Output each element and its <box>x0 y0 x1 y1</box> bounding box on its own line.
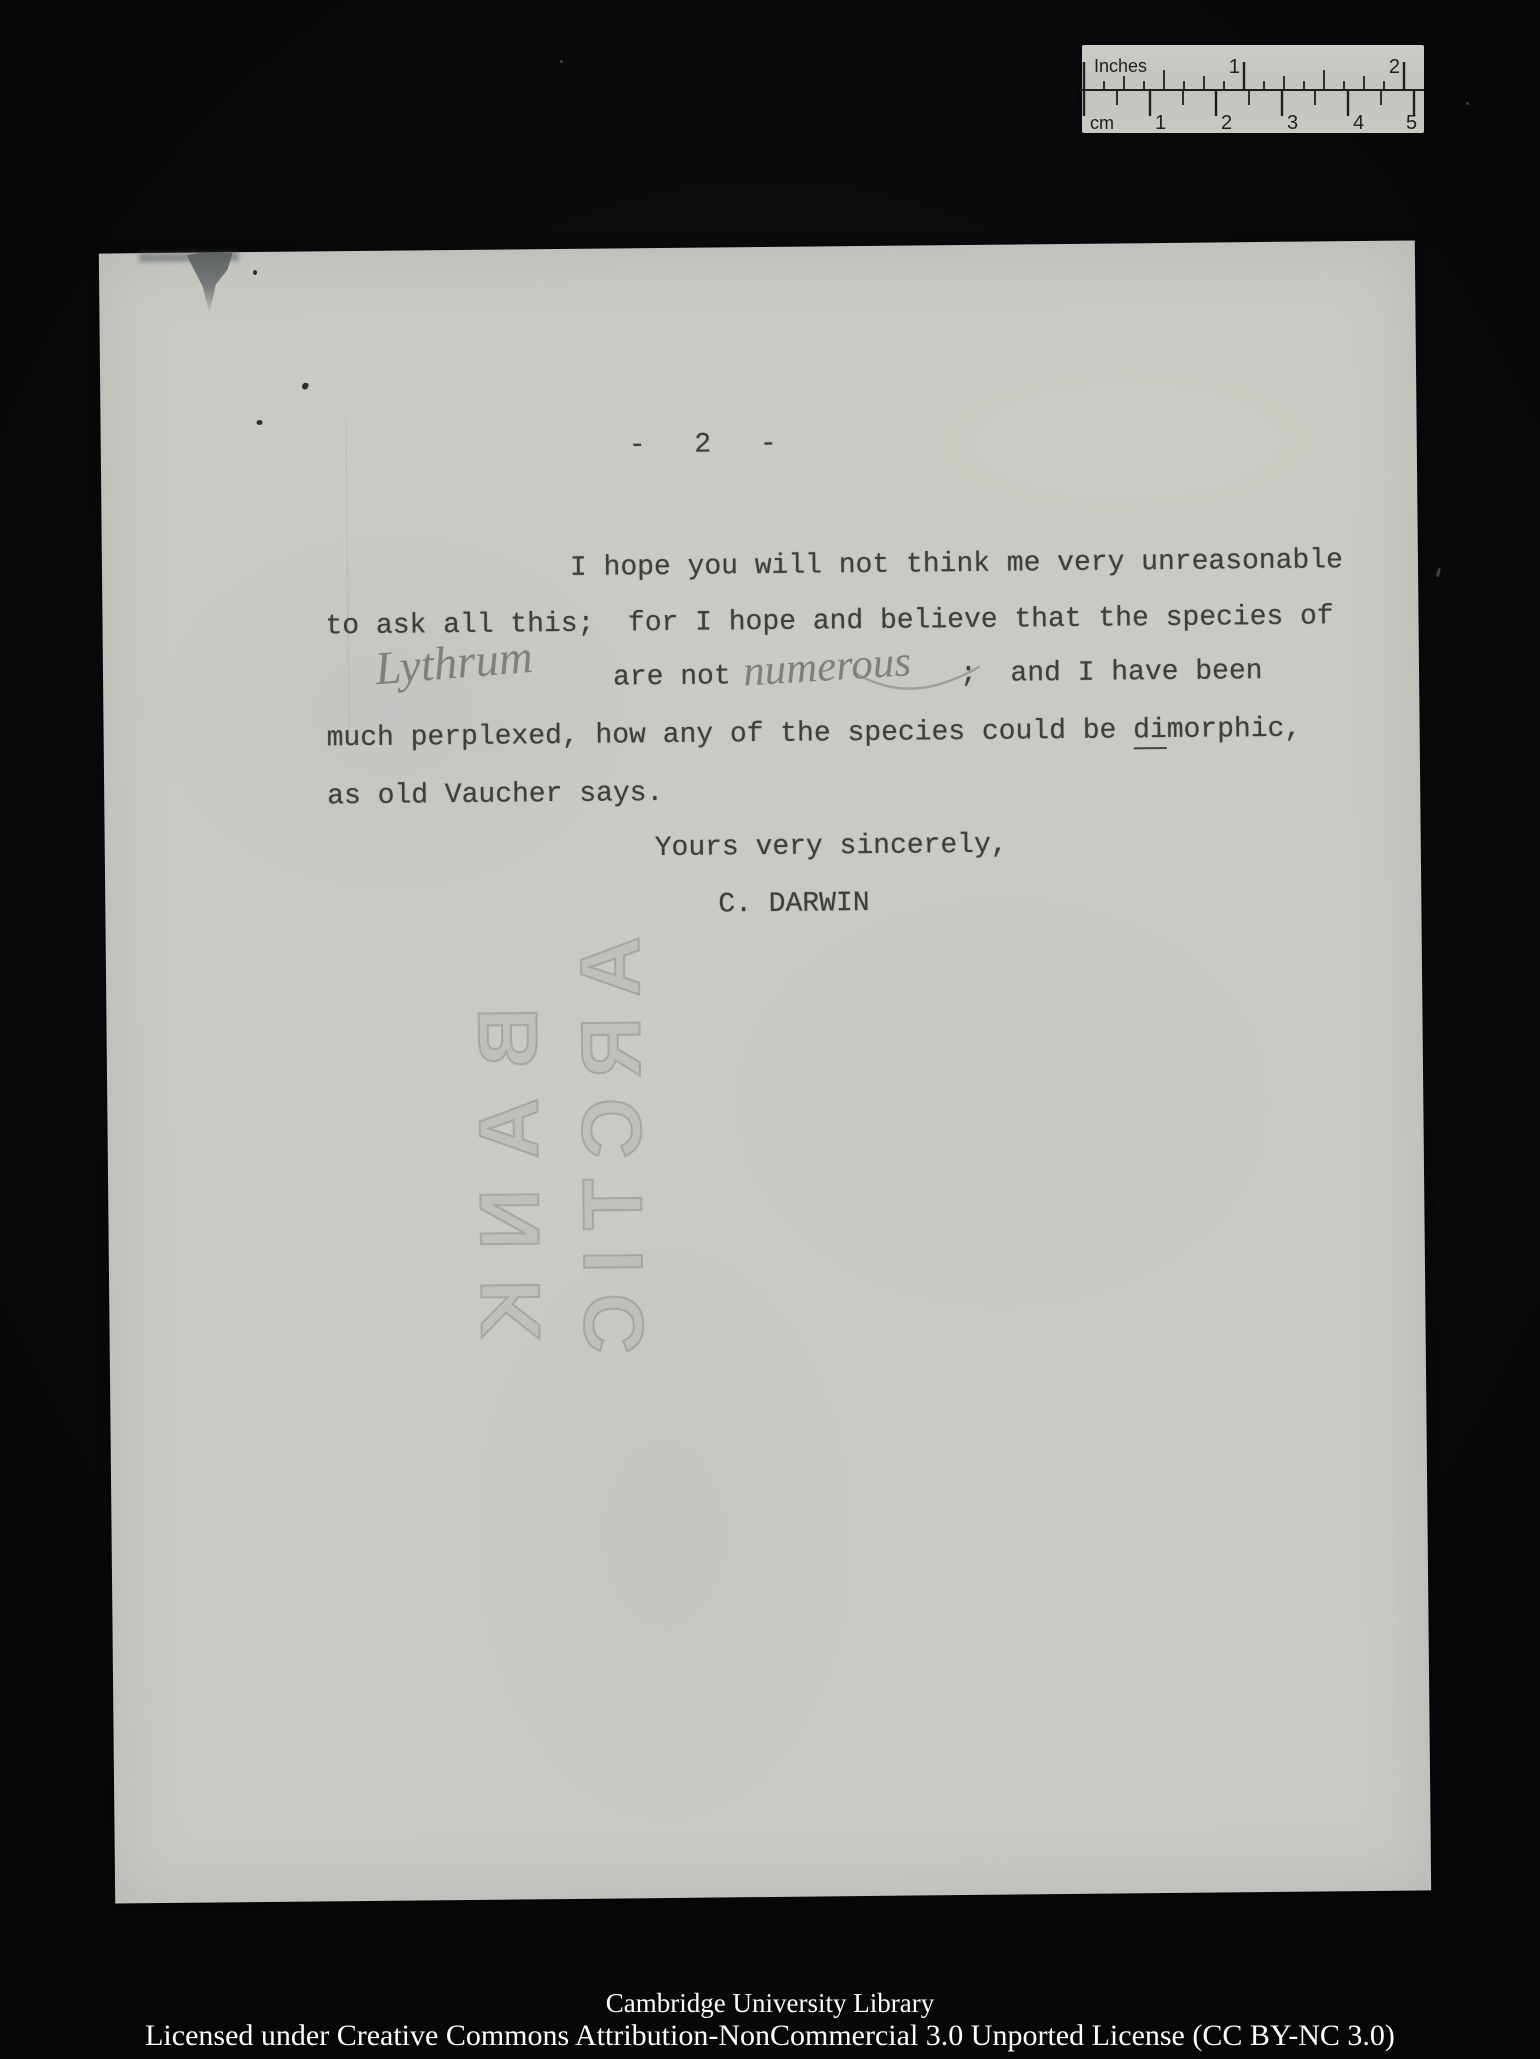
cm-number-4: 4 <box>1353 112 1364 133</box>
cm-number-2: 2 <box>1221 112 1232 133</box>
scale-bar-svg: Inches cm 1 2 1 2 3 4 5 <box>1082 45 1424 133</box>
scale-bar-cm-label: cm <box>1090 113 1114 133</box>
scale-bar: Inches cm 1 2 1 2 3 4 5 <box>1082 45 1424 133</box>
watermark-arctic: ARCTIC <box>562 936 663 1374</box>
inch-number-1: 1 <box>1229 56 1240 78</box>
cm-number-5: 5 <box>1406 112 1417 133</box>
caption-license: Licensed under Creative Commons Attribut… <box>0 2019 1540 2052</box>
letter-line-3-typed-1: are not <box>613 660 731 695</box>
cm-number-1: 1 <box>1155 112 1166 133</box>
photographed-document-scan: Inches cm 1 2 1 2 3 4 5 ARCTIC BANK - 2 … <box>0 0 1540 2059</box>
inch-number-2: 2 <box>1389 56 1400 78</box>
letter-line-1: I hope you will not think me very unreas… <box>570 544 1343 586</box>
letter-line-3-typed-2: ; and I have been <box>960 655 1263 692</box>
dust-speck <box>1436 568 1441 577</box>
letter-line-4-part1: much perplexed, how any of the species c… <box>327 715 1134 754</box>
scale-bar-inches-label: Inches <box>1094 56 1147 76</box>
letter-line-4-part2: morphic, <box>1167 714 1302 746</box>
paper-speck <box>256 420 262 425</box>
dust-speck <box>1466 102 1469 105</box>
ink-smudge <box>187 252 234 314</box>
letter-signature: C. DARWIN <box>718 887 870 923</box>
cm-number-3: 3 <box>1287 112 1298 133</box>
dust-speck <box>560 60 563 63</box>
caption-library: Cambridge University Library <box>0 1988 1540 2018</box>
letter-line-4: much perplexed, how any of the species c… <box>326 713 1301 757</box>
page-number: - 2 - <box>629 428 779 463</box>
paper-speck <box>253 270 257 275</box>
letter-line-4-underlined: di <box>1133 715 1167 749</box>
letter-line-5: as old Vaucher says. <box>327 777 663 814</box>
paper-crease <box>345 419 349 729</box>
watermark-bank: BANK <box>459 1007 560 1371</box>
letter-page: ARCTIC BANK - 2 - I hope you will not th… <box>99 240 1431 1903</box>
letter-closing: Yours very sincerely, <box>655 829 1008 867</box>
paper-speck <box>301 382 309 391</box>
handwritten-lythrum: Lythrum <box>373 630 535 696</box>
